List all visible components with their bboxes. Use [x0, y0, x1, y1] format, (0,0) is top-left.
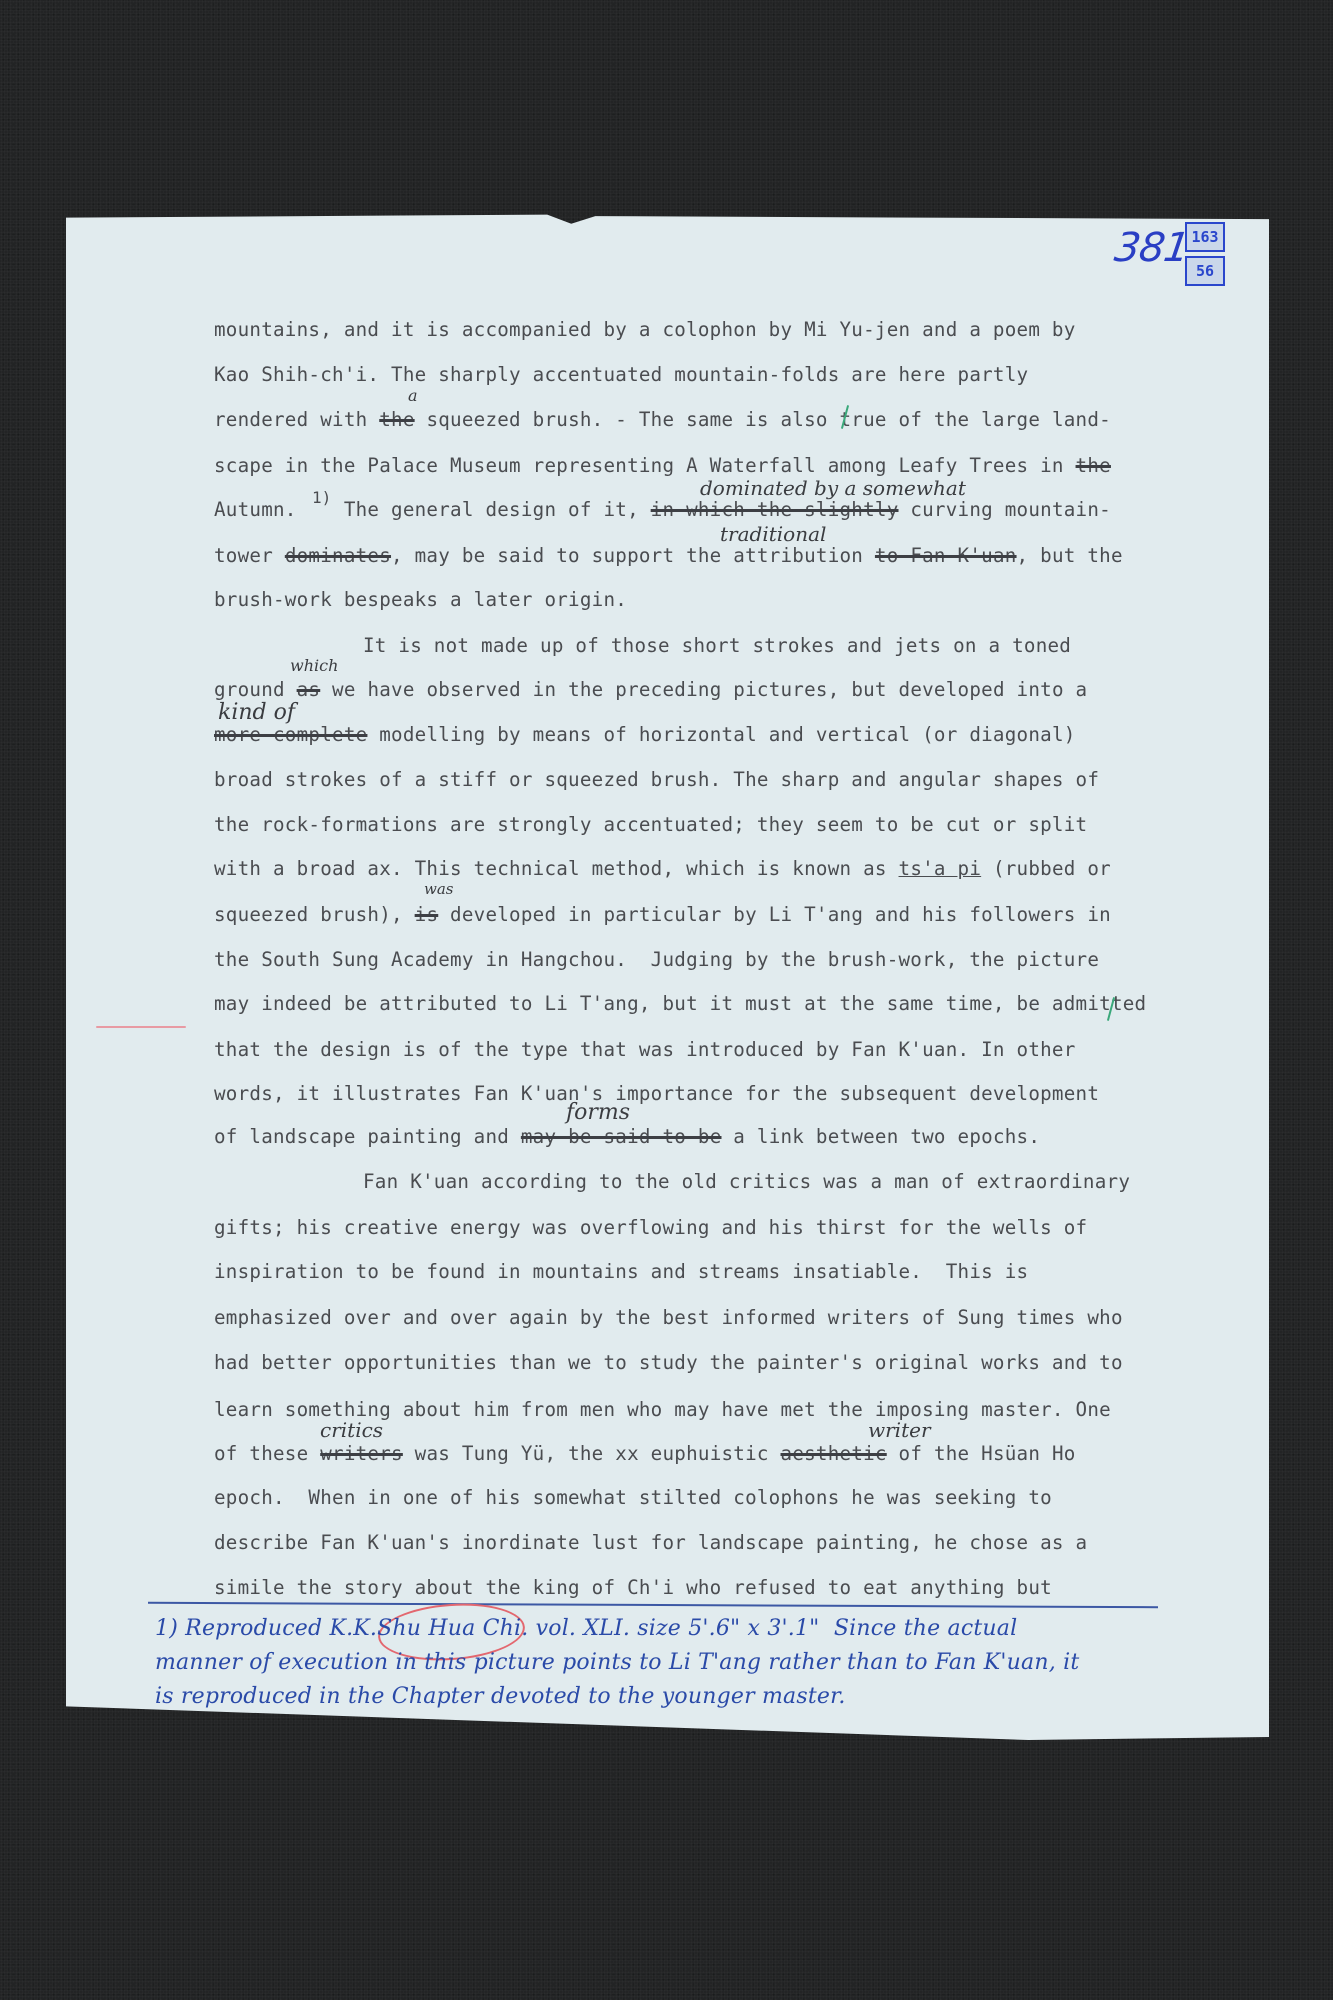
- typed-line-16: may indeed be attributed to Li T'ang, bu…: [214, 992, 1146, 1016]
- footnote-line-3: is reproduced in the Chapter devoted to …: [155, 1684, 846, 1709]
- manuscript-page: [66, 210, 1269, 1740]
- handwritten-insertion-forms: forms: [566, 1100, 630, 1125]
- struck-text: as: [297, 678, 321, 701]
- typed-line-19: of landscape painting and may be said to…: [214, 1125, 1040, 1149]
- typed-line-20: Fan K'uan according to the old critics w…: [363, 1170, 1130, 1194]
- text: with a broad ax. This technical method, …: [214, 857, 899, 880]
- typed-line-12: the rock-formations are strongly accentu…: [214, 813, 1087, 837]
- typed-line-8: It is not made up of those short strokes…: [363, 634, 1071, 658]
- text: squeezed brush. - The same is also true …: [415, 408, 1111, 431]
- text: was Tung Yü, the xx euphuistic: [403, 1442, 781, 1465]
- page-number: 381: [1112, 225, 1192, 271]
- typed-line-2: Kao Shih-ch'i. The sharply accentuated m…: [214, 363, 1028, 387]
- typed-line-23: emphasized over and over again by the be…: [214, 1306, 1123, 1330]
- text: rendered with: [214, 408, 379, 431]
- struck-text: is: [415, 903, 439, 926]
- text: , may be said to support the attribution: [391, 544, 875, 567]
- text: scape in the Palace Museum representing …: [214, 454, 1076, 477]
- typed-line-5: Autumn. The general design of it, in whi…: [214, 498, 1111, 522]
- typed-line-3: rendered with the squeezed brush. - The …: [214, 408, 1111, 432]
- text: we have observed in the preceding pictur…: [320, 678, 1087, 701]
- typed-line-10: more complete modelling by means of hori…: [214, 723, 1076, 747]
- typed-line-7: brush-work bespeaks a later origin.: [214, 588, 627, 612]
- struck-text: the: [1076, 454, 1111, 477]
- footnote-marker: 1): [312, 488, 331, 507]
- struck-text: dominates: [285, 544, 391, 567]
- typed-line-27: epoch. When in one of his somewhat stilt…: [214, 1486, 1052, 1510]
- typed-line-1: mountains, and it is accompanied by a co…: [214, 318, 1076, 342]
- text: of these: [214, 1442, 320, 1465]
- old-page-number-2: 56: [1185, 256, 1225, 286]
- underlined-term: ts'a pi: [899, 857, 982, 880]
- handwritten-insertion-kind-of: kind of: [218, 700, 295, 725]
- typed-line-14: squeezed brush), is developed in particu…: [214, 903, 1111, 927]
- handwritten-insertion-was: was: [424, 880, 453, 898]
- handwritten-insertion-writer: writer: [868, 1418, 931, 1442]
- typed-line-21: gifts; his creative energy was overflowi…: [214, 1216, 1087, 1240]
- typed-line-4: scape in the Palace Museum representing …: [214, 454, 1111, 478]
- text: tower: [214, 544, 285, 567]
- text: (rubbed or: [981, 857, 1111, 880]
- text: a link between two epochs.: [722, 1125, 1041, 1148]
- struck-text: aesthetic: [781, 1442, 887, 1465]
- text: modelling by means of horizontal and ver…: [367, 723, 1075, 746]
- footnote-line-2: manner of execution in this picture poin…: [155, 1650, 1079, 1675]
- typed-line-17: that the design is of the type that was …: [214, 1038, 1076, 1062]
- typed-line-11: broad strokes of a stiff or squeezed bru…: [214, 768, 1099, 792]
- typed-line-18: words, it illustrates Fan K'uan's import…: [214, 1082, 1099, 1106]
- text: squeezed brush),: [214, 903, 415, 926]
- typed-line-13: with a broad ax. This technical method, …: [214, 857, 1111, 881]
- text: Autumn. The general design of it,: [214, 498, 651, 521]
- typed-line-28: describe Fan K'uan's inordinate lust for…: [214, 1531, 1087, 1555]
- handwritten-insertion-a: a: [408, 386, 418, 405]
- handwritten-insertion-which: which: [290, 656, 338, 675]
- struck-text: in which the slightly: [651, 498, 899, 521]
- typed-line-22: inspiration to be found in mountains and…: [214, 1260, 1028, 1284]
- text: ground: [214, 678, 297, 701]
- typed-line-15: the South Sung Academy in Hangchou. Judg…: [214, 948, 1099, 972]
- struck-text: more complete: [214, 723, 367, 746]
- struck-text: writers: [320, 1442, 403, 1465]
- typed-line-29: simile the story about the king of Ch'i …: [214, 1576, 1052, 1600]
- typed-line-24: had better opportunities than we to stud…: [214, 1351, 1123, 1375]
- text: , but the: [1017, 544, 1123, 567]
- handwritten-insertion-traditional: traditional: [720, 522, 826, 546]
- old-page-number-1: 163: [1185, 222, 1225, 252]
- struck-text: may be said to be: [521, 1125, 722, 1148]
- struck-text: to Fan K'uan: [875, 544, 1017, 567]
- old-page-numbers-stamp: 163 56: [1185, 222, 1223, 284]
- typed-line-9: ground as we have observed in the preced…: [214, 678, 1087, 702]
- footnote-line-1: 1) Reproduced K.K.Shu Hua Chi. vol. XLI.…: [155, 1616, 1017, 1641]
- handwritten-insertion-dominated: dominated by a somewhat: [700, 476, 966, 500]
- text: curving mountain-: [899, 498, 1111, 521]
- text: developed in particular by Li T'ang and …: [438, 903, 1111, 926]
- text: of the Hsüan Ho: [887, 1442, 1076, 1465]
- typed-line-6: tower dominates, may be said to support …: [214, 544, 1123, 568]
- handwritten-insertion-critics: critics: [320, 1418, 383, 1442]
- typed-line-26: of these writers was Tung Yü, the xx eup…: [214, 1442, 1076, 1466]
- text: of landscape painting and: [214, 1125, 521, 1148]
- struck-text: the: [379, 408, 414, 431]
- red-margin-mark: [96, 1026, 186, 1028]
